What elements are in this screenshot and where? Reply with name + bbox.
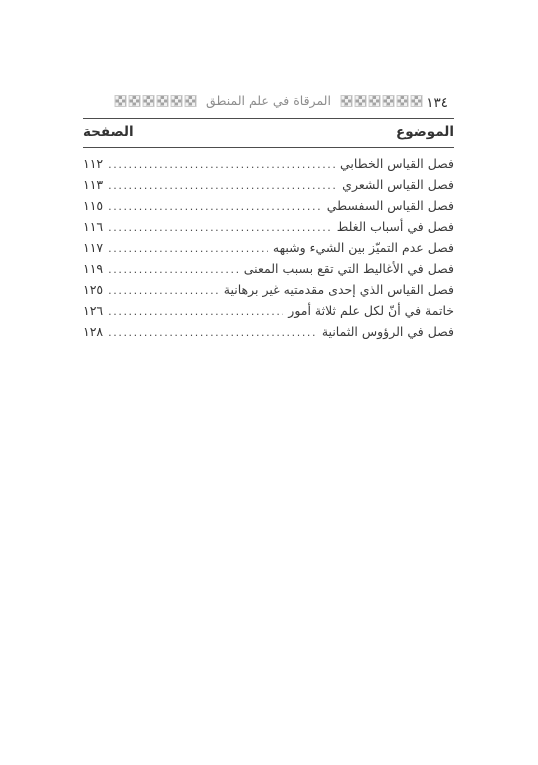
ornament-group-left xyxy=(342,96,422,106)
toc-entry: فصل في الأغاليط التي تقع بسبب المعنى ...… xyxy=(83,261,454,282)
toc-entry: فصل القياس السفسطي .....................… xyxy=(83,198,454,219)
toc-entry-title: فصل القياس الشعري xyxy=(337,177,454,192)
dotted-leader: ........................................… xyxy=(108,221,332,234)
toc-list: فصل القياس الخطابي .....................… xyxy=(83,156,454,345)
toc-entry-title: فصل عدم التميّز بين الشيء وشبهه xyxy=(268,240,454,255)
page-number: ١٣٤ xyxy=(426,95,448,111)
toc-entry-page: ١١٢ xyxy=(83,156,108,171)
checkered-ornament-icon xyxy=(129,96,139,106)
dotted-leader: ........................................… xyxy=(108,326,317,339)
toc-entry: فصل القياس الخطابي .....................… xyxy=(83,156,454,177)
toc-entry-page: ١١٥ xyxy=(83,198,108,213)
checkered-ornament-icon xyxy=(370,96,380,106)
dotted-leader: ........................................… xyxy=(108,284,219,297)
toc-entry: خاتمة في أنّ لكل علم ثلاثة أمور ........… xyxy=(83,303,454,324)
dotted-leader: ........................................… xyxy=(108,263,239,276)
toc-entry: فصل القياس الشعري ......................… xyxy=(83,177,454,198)
header-rule xyxy=(83,118,454,119)
checkered-ornament-icon xyxy=(342,96,352,106)
checkered-ornament-icon xyxy=(115,96,125,106)
toc-entry-page: ١٢٦ xyxy=(83,303,108,318)
toc-entry-page: ١١٧ xyxy=(83,240,108,255)
checkered-ornament-icon xyxy=(171,96,181,106)
toc-entry: فصل في أسباب الغلط .....................… xyxy=(83,219,454,240)
toc-entry: فصل القياس الذي إحدى مقدمتيه غير برهانية… xyxy=(83,282,454,303)
toc-entry-page: ١١٣ xyxy=(83,177,108,192)
checkered-ornament-icon xyxy=(143,96,153,106)
book-page: المرقاة في علم المنطق ١٣٤ الموضوع الصفحة… xyxy=(0,0,538,765)
toc-entry-title: فصل القياس الذي إحدى مقدمتيه غير برهانية xyxy=(219,282,454,297)
toc-entry-title: فصل في الرؤوس الثمانية xyxy=(317,324,454,339)
toc-entry-page: ١٢٥ xyxy=(83,282,108,297)
dotted-leader: ........................................… xyxy=(108,200,322,213)
checkered-ornament-icon xyxy=(412,96,422,106)
running-header-center: المرقاة في علم المنطق xyxy=(115,93,422,108)
toc-entry-title: فصل القياس الخطابي xyxy=(335,156,454,171)
toc-entry-title: فصل في الأغاليط التي تقع بسبب المعنى xyxy=(239,261,454,276)
checkered-ornament-icon xyxy=(185,96,195,106)
dotted-leader: ........................................… xyxy=(108,305,283,318)
book-title: المرقاة في علم المنطق xyxy=(202,93,335,108)
toc-entry-page: ١٢٨ xyxy=(83,324,108,339)
toc-entry-title: خاتمة في أنّ لكل علم ثلاثة أمور xyxy=(283,303,454,318)
checkered-ornament-icon xyxy=(157,96,167,106)
toc-page-header: الصفحة xyxy=(83,124,134,140)
dotted-leader: ........................................… xyxy=(108,242,268,255)
toc-header-rule xyxy=(83,147,454,148)
toc-column-headers: الموضوع الصفحة xyxy=(83,124,454,140)
ornament-group-right xyxy=(115,96,195,106)
running-header: المرقاة في علم المنطق ١٣٤ xyxy=(83,93,454,117)
toc-entry-title: فصل في أسباب الغلط xyxy=(332,219,454,234)
toc-entry-page: ١١٦ xyxy=(83,219,108,234)
toc-entry: فصل عدم التميّز بين الشيء وشبهه ........… xyxy=(83,240,454,261)
checkered-ornament-icon xyxy=(384,96,394,106)
toc-entry-title: فصل القياس السفسطي xyxy=(322,198,454,213)
dotted-leader: ........................................… xyxy=(108,179,337,192)
dotted-leader: ........................................… xyxy=(108,158,335,171)
checkered-ornament-icon xyxy=(356,96,366,106)
toc-entry: فصل في الرؤوس الثمانية .................… xyxy=(83,324,454,345)
toc-entry-page: ١١٩ xyxy=(83,261,108,276)
checkered-ornament-icon xyxy=(398,96,408,106)
toc-subject-header: الموضوع xyxy=(396,124,454,140)
